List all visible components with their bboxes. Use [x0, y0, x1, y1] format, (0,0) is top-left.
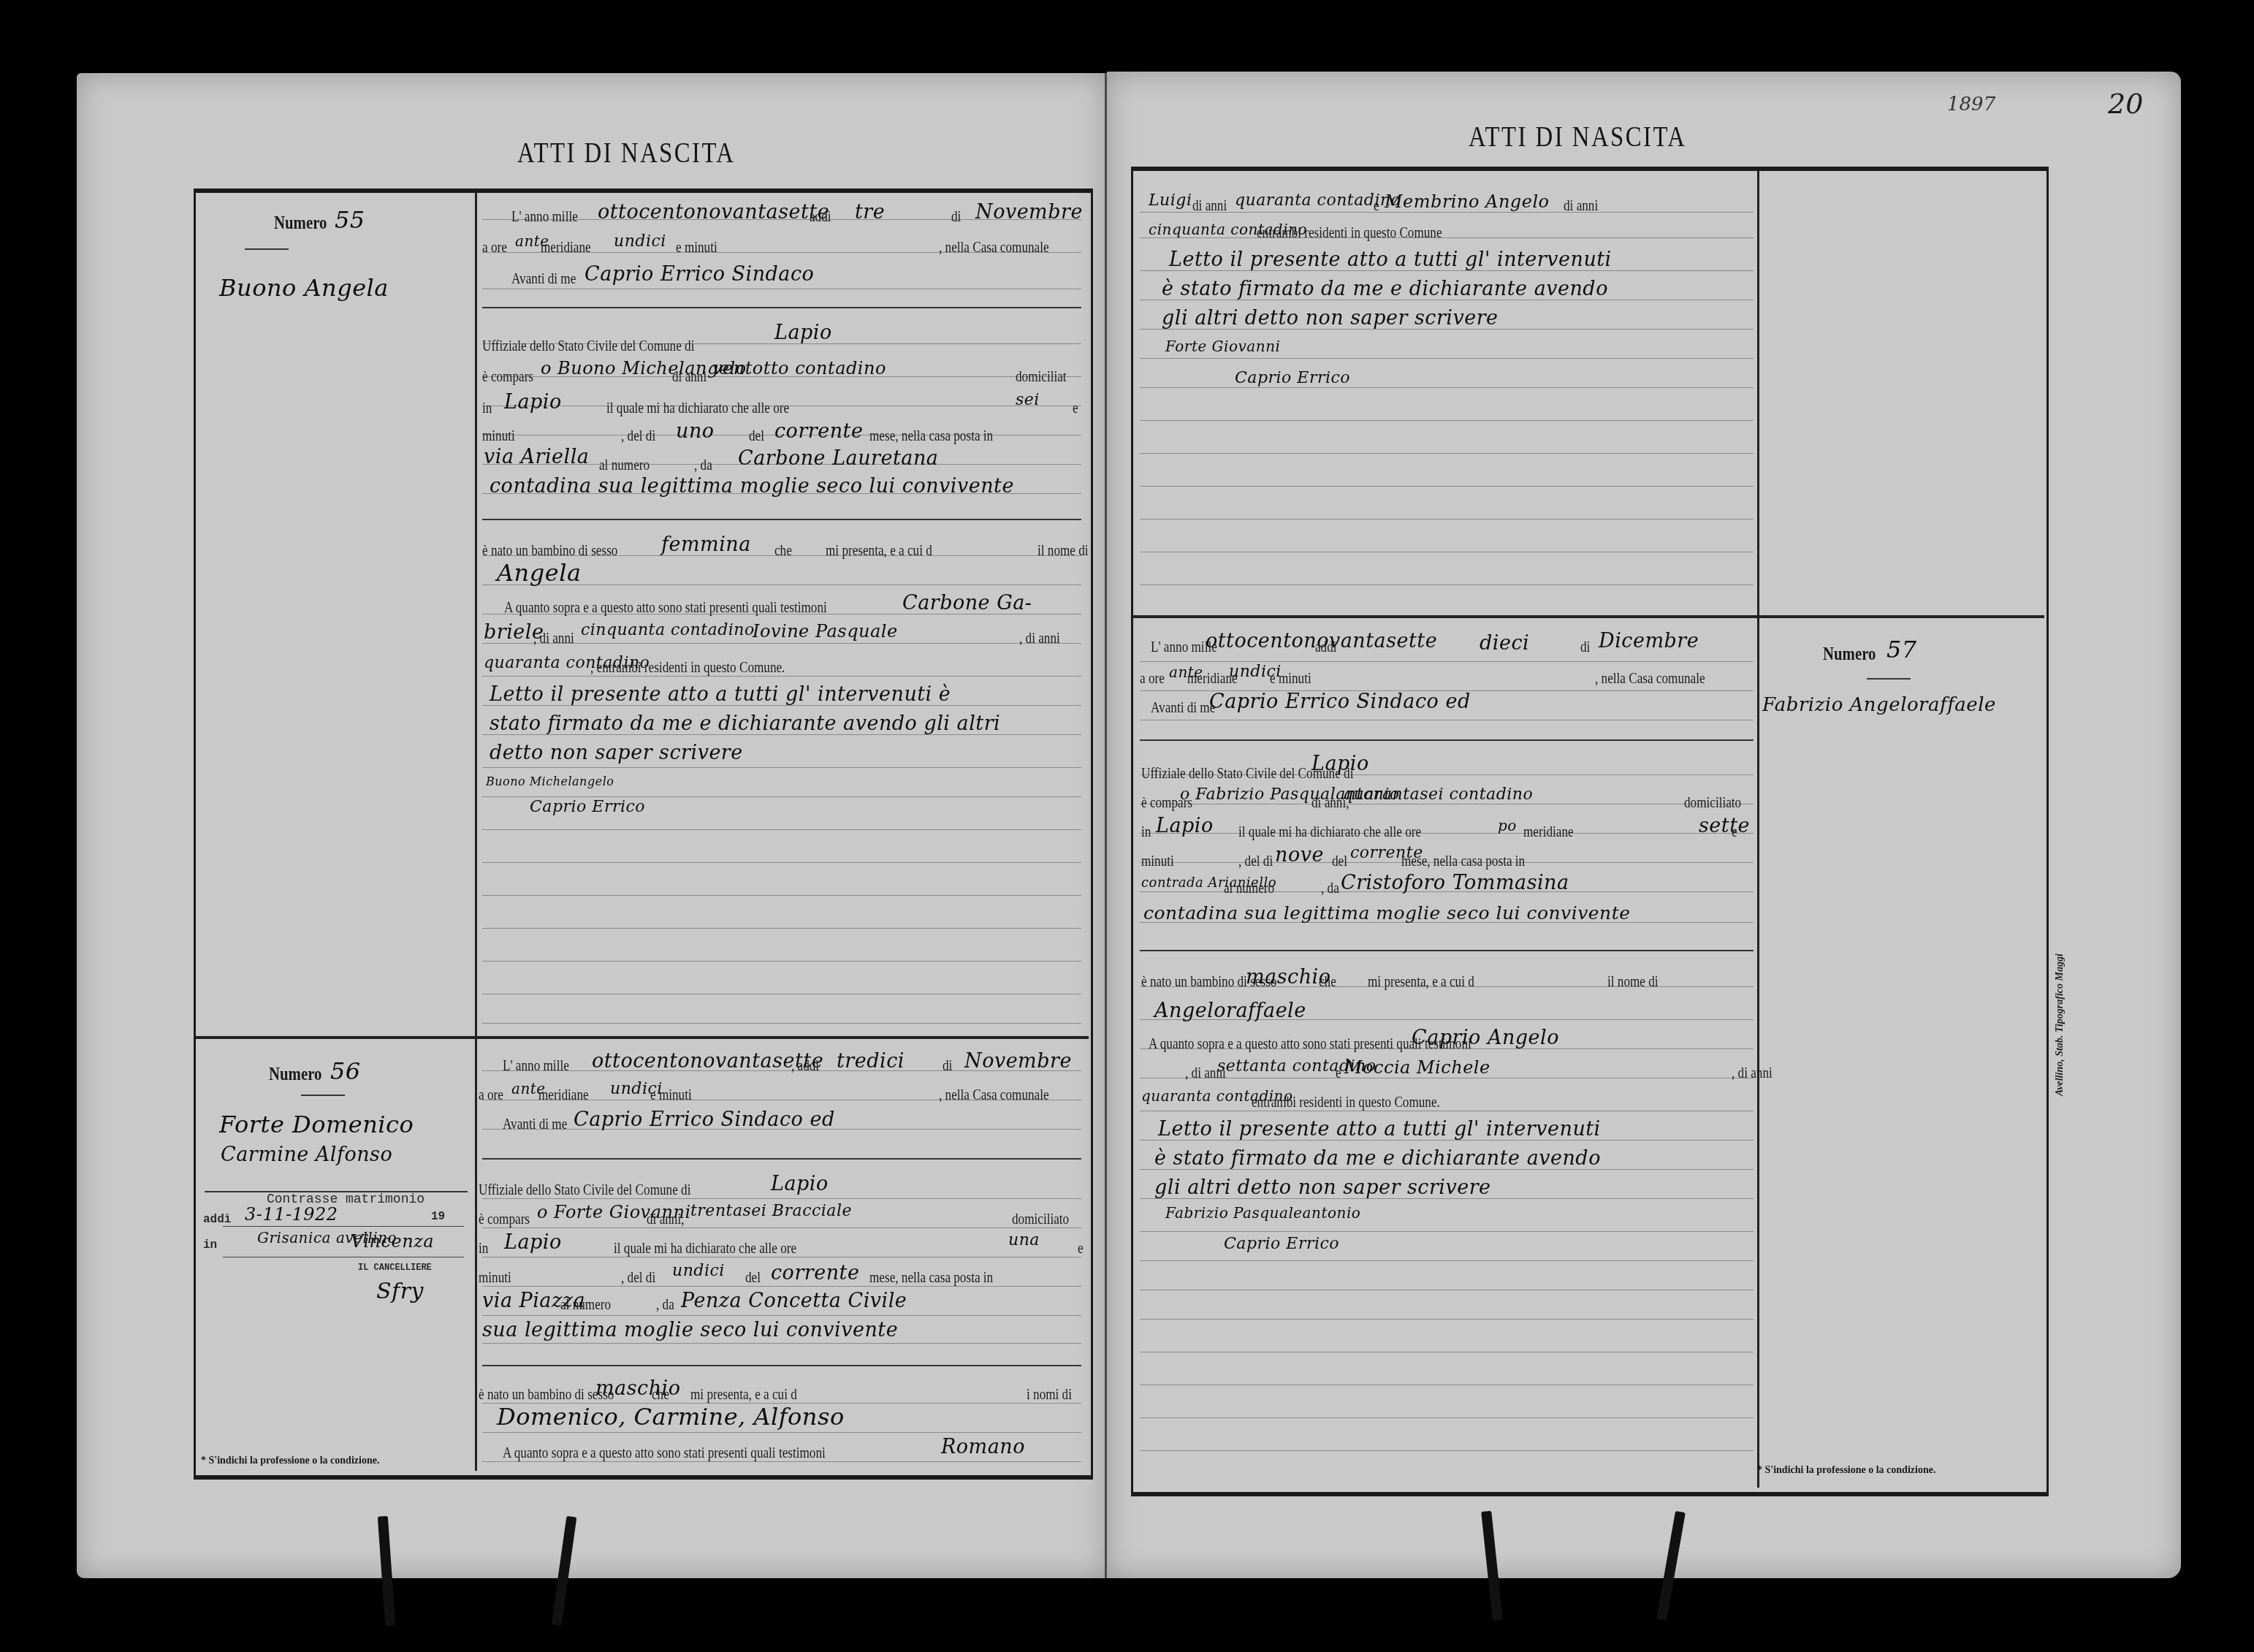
ornament — [1867, 678, 1911, 680]
record-55-address: via Ariella — [484, 446, 589, 468]
record-57-day: dieci — [1480, 632, 1529, 655]
record-56-declarant-signature: Forte Giovanni — [1165, 338, 1280, 355]
record-56-number-label: Numero — [269, 1063, 321, 1085]
record-56-margin-name-2: Carmine Alfonso — [221, 1143, 392, 1166]
record-55-number: 55 — [335, 206, 365, 234]
folio-annotation: 1897 — [1947, 94, 1995, 115]
record-56-number: 56 — [330, 1057, 361, 1085]
record-57-child-name: Angeloraffaele — [1154, 1000, 1306, 1022]
record-57-mother: Cristoforo Tommasina — [1341, 872, 1569, 894]
record-55-mother: Carbone Lauretana — [738, 447, 938, 470]
record-55-declarant-signature: Buono Michelangelo — [486, 774, 614, 788]
record-57-official: Caprio Errico Sindaco ed — [1209, 690, 1471, 713]
record-56-official-signature: Caprio Errico — [1235, 369, 1350, 387]
record-57-sex: maschio — [1246, 966, 1330, 989]
record-55-number-label: Numero — [274, 212, 327, 234]
record-57-month: Dicembre — [1599, 630, 1699, 652]
right-column-divider — [1757, 171, 1759, 1488]
left-column-divider — [475, 191, 477, 1471]
record-56-comune: Lapio — [771, 1173, 829, 1195]
record-57-declarant-signature: Fabrizio Pasqualeantonio — [1165, 1204, 1360, 1222]
record-55-year: ottocentonovantasette — [598, 201, 829, 224]
record-57-number-label: Numero — [1823, 643, 1876, 665]
left-footnote: * S'indichi la professione o la condizio… — [201, 1455, 379, 1467]
record-55-month: Novembre — [975, 201, 1083, 224]
record-55-comune: Lapio — [774, 321, 832, 344]
record-57-number: 57 — [1886, 636, 1917, 663]
record-55-hour: undici — [614, 232, 666, 251]
record-56-mother: Penza Concetta Civile — [681, 1290, 907, 1312]
ornament — [301, 1095, 345, 1096]
marriage-spouse: Vincenza — [351, 1231, 434, 1252]
ornament — [245, 248, 289, 250]
record-56-child-name: Domenico, Carmine, Alfonso — [497, 1403, 845, 1431]
right-footnote: * S'indichi la professione o la condizio… — [1757, 1465, 1935, 1477]
record-57-official-signature: Caprio Errico — [1224, 1235, 1339, 1253]
officer-signature: Sfry — [376, 1279, 424, 1304]
record-55-day: tre — [855, 201, 885, 224]
folio-number: 20 — [2108, 88, 2143, 120]
left-page-heading: ATTI DI NASCITA — [517, 135, 735, 170]
record-55-child-name: Angela — [497, 559, 581, 587]
printer-imprint: Avellino, Stab. Tipografico Maggi — [2055, 953, 2066, 1096]
record-56-margin-name-1: Forte Domenico — [219, 1111, 414, 1138]
record-55-sex: femmina — [661, 533, 751, 556]
record-57-comune: Lapio — [1311, 753, 1369, 775]
right-record-divider — [1132, 615, 2044, 618]
record-56-official: Caprio Errico Sindaco ed — [574, 1108, 835, 1131]
record-56-year: ottocentonovantasette — [592, 1050, 823, 1073]
marriage-date: 3-11-1922 — [245, 1204, 338, 1225]
record-55-official-signature: Caprio Errico — [530, 798, 645, 816]
record-56-month: Novembre — [964, 1050, 1072, 1073]
record-55-margin-name: Buono Angela — [219, 274, 389, 302]
record-56-day: tredici — [837, 1050, 905, 1073]
record-57-margin-name: Fabrizio Angeloraffaele — [1762, 694, 1996, 716]
record-55-official: Caprio Errico Sindaco — [585, 263, 814, 286]
right-page-heading: ATTI DI NASCITA — [1469, 119, 1686, 153]
left-record-divider — [196, 1036, 1089, 1039]
